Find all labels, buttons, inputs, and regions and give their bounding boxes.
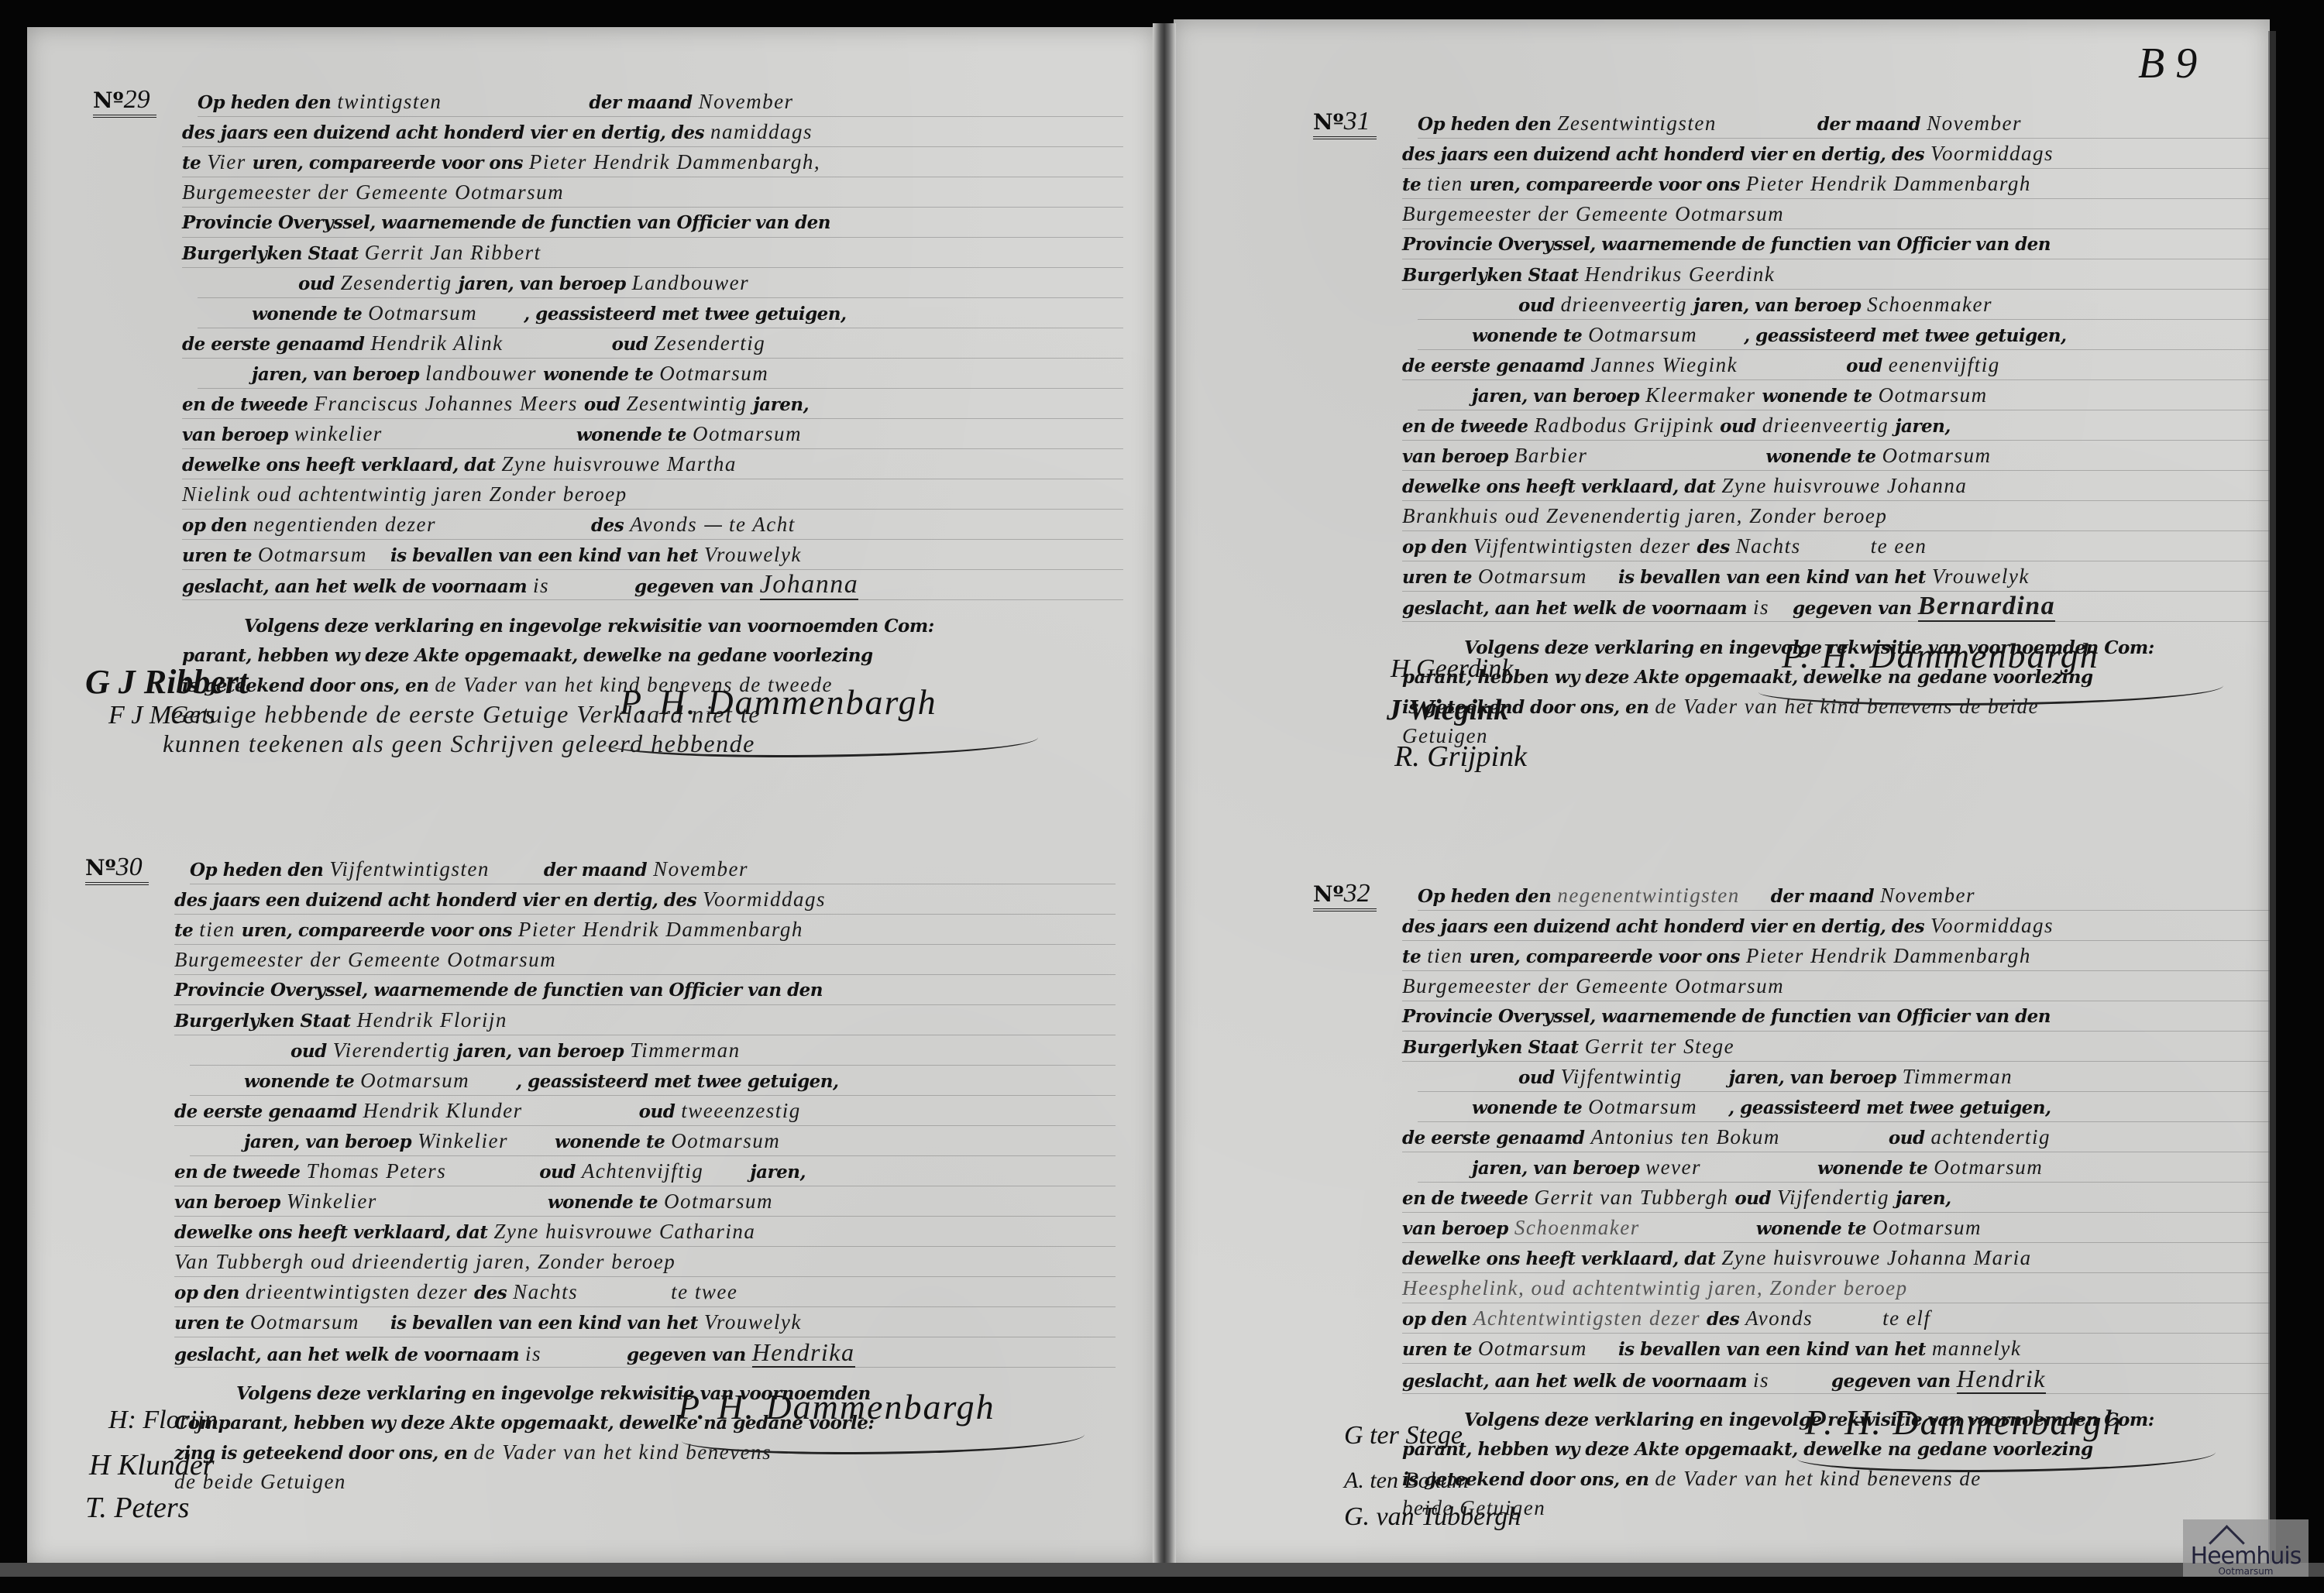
child-name: Hendrik: [1957, 1365, 2046, 1394]
signature-witness: G ter Stege: [1344, 1421, 1463, 1451]
record-month: November: [699, 90, 794, 113]
declarant-name: Gerrit Jan Ribbert: [365, 241, 541, 264]
record-day: twintigsten: [337, 90, 442, 113]
book-gutter: [1153, 23, 1176, 1564]
signature-declarant: G J Ribbert: [85, 662, 248, 702]
record-number: Nº29: [93, 85, 156, 118]
signature-mayor: P. H. Dammenbargh: [1782, 635, 2099, 676]
folio-number: B 9: [2138, 39, 2197, 88]
signature-witness: T. Peters: [85, 1491, 189, 1525]
record-number: Nº31: [1313, 107, 1377, 139]
signature-witness: G. van Tubbergh: [1344, 1502, 1521, 1532]
signature-witness: H Geerdink: [1391, 654, 1513, 684]
page-bottom-edge: [0, 1563, 2324, 1577]
signature-mayor: P. H. Dammenbargh: [1805, 1402, 2123, 1443]
birth-record-29: Nº29 Op heden den twintigstender maand N…: [198, 87, 1123, 758]
signature-witness: H Klunder: [89, 1448, 215, 1482]
heemhuis-watermark: Heemhuis Ootmarsum: [2183, 1519, 2309, 1577]
record-number: Nº32: [1313, 879, 1377, 912]
signature-witness: J Wiegink: [1387, 693, 1508, 727]
child-name: Hendrika: [752, 1338, 855, 1368]
signature-witness: R. Grijpink: [1394, 740, 1527, 774]
record-number: Nº30: [85, 853, 149, 885]
signature-mayor: P. H. Dammenbargh: [620, 681, 937, 723]
witness-1-name: Hendrik Alink: [370, 331, 503, 355]
signature-witness: F J Meers: [108, 701, 215, 730]
witness-2-name: Franciscus Johannes Meers: [314, 392, 577, 415]
signature-witness: H: Florijn: [108, 1406, 218, 1435]
signature-witness: A. ten Bokum: [1344, 1468, 1469, 1494]
child-name: Johanna: [760, 570, 859, 600]
child-name: Bernardina: [1918, 592, 2056, 622]
